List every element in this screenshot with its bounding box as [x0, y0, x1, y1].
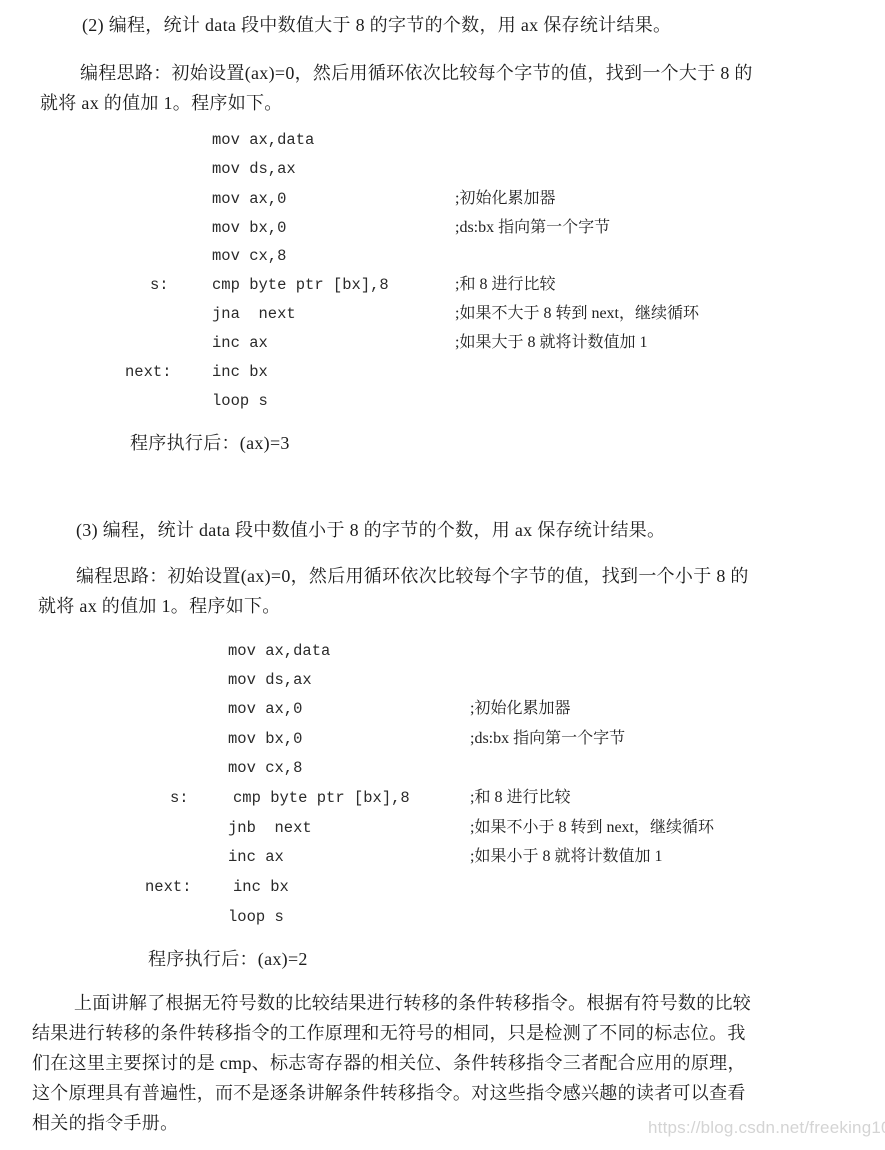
code-comment: ;如果不小于 8 转到 next，继续循环 [470, 817, 714, 839]
code-instr: mov ds,ax [212, 158, 296, 180]
code-instr: jna next [212, 303, 296, 325]
section2-idea-line1: 编程思路：初始设置(ax)=0，然后用循环依次比较每个字节的值，找到一个大于 8… [80, 58, 753, 88]
code-instr: loop s [228, 906, 284, 928]
code-instr: mov ds,ax [228, 669, 312, 691]
code-comment: ;如果小于 8 就将计数值加 1 [470, 846, 662, 868]
watermark: https://blog.csdn.net/freeking101 [648, 1118, 885, 1138]
section3-idea-line1: 编程思路：初始设置(ax)=0，然后用循环依次比较每个字节的值，找到一个小于 8… [76, 561, 749, 591]
code-comment: ;ds:bx 指向第一个字节 [470, 728, 625, 750]
code-instr: mov ax,0 [228, 698, 302, 720]
code-comment: ;ds:bx 指向第一个字节 [455, 217, 610, 239]
section2-heading: (2) 编程，统计 data 段中数值大于 8 的字节的个数，用 ax 保存统计… [82, 10, 671, 40]
code-comment: ;和 8 进行比较 [470, 787, 570, 809]
code-instr: cmp byte ptr [bx],8 [233, 787, 410, 809]
code-comment: ;初始化累加器 [470, 698, 570, 720]
code-instr: mov ax,0 [212, 188, 286, 210]
code-label: s: [170, 787, 189, 809]
summary-line: 这个原理具有普遍性，而不是逐条讲解条件转移指令。对这些指令感兴趣的读者可以查看 [32, 1078, 746, 1108]
code-instr: mov cx,8 [212, 245, 286, 267]
section2-result: 程序执行后：(ax)=3 [130, 428, 290, 458]
summary-line: 相关的指令手册。 [32, 1108, 178, 1138]
code-instr: mov bx,0 [228, 728, 302, 750]
summary-line: 上面讲解了根据无符号数的比较结果进行转移的条件转移指令。根据有符号数的比较 [74, 988, 751, 1018]
code-instr: mov cx,8 [228, 757, 302, 779]
code-instr: mov bx,0 [212, 217, 286, 239]
code-instr: inc bx [233, 876, 289, 898]
code-instr: jnb next [228, 817, 312, 839]
code-label: next: [125, 361, 172, 383]
code-instr: inc ax [212, 332, 268, 354]
code-instr: mov ax,data [212, 129, 314, 151]
code-instr: inc ax [228, 846, 284, 868]
summary-line: 结果进行转移的条件转移指令的工作原理和无符号的相同，只是检测了不同的标志位。我 [32, 1018, 746, 1048]
section3-heading: (3) 编程，统计 data 段中数值小于 8 的字节的个数，用 ax 保存统计… [76, 515, 665, 545]
document-page: (2) 编程，统计 data 段中数值大于 8 的字节的个数，用 ax 保存统计… [0, 0, 885, 1150]
section2-idea-line2: 就将 ax 的值加 1。程序如下。 [40, 88, 283, 118]
code-label: next: [145, 876, 192, 898]
code-label: s: [150, 274, 169, 296]
code-instr: mov ax,data [228, 640, 330, 662]
code-instr: loop s [212, 390, 268, 412]
code-comment: ;如果大于 8 就将计数值加 1 [455, 332, 647, 354]
section3-result: 程序执行后：(ax)=2 [148, 944, 308, 974]
summary-line: 们在这里主要探讨的是 cmp、标志寄存器的相关位、条件转移指令三者配合应用的原理… [32, 1048, 746, 1078]
code-comment: ;初始化累加器 [455, 188, 555, 210]
code-instr: inc bx [212, 361, 268, 383]
code-comment: ;如果不大于 8 转到 next，继续循环 [455, 303, 699, 325]
code-instr: cmp byte ptr [bx],8 [212, 274, 389, 296]
code-comment: ;和 8 进行比较 [455, 274, 555, 296]
section3-idea-line2: 就将 ax 的值加 1。程序如下。 [38, 591, 281, 621]
